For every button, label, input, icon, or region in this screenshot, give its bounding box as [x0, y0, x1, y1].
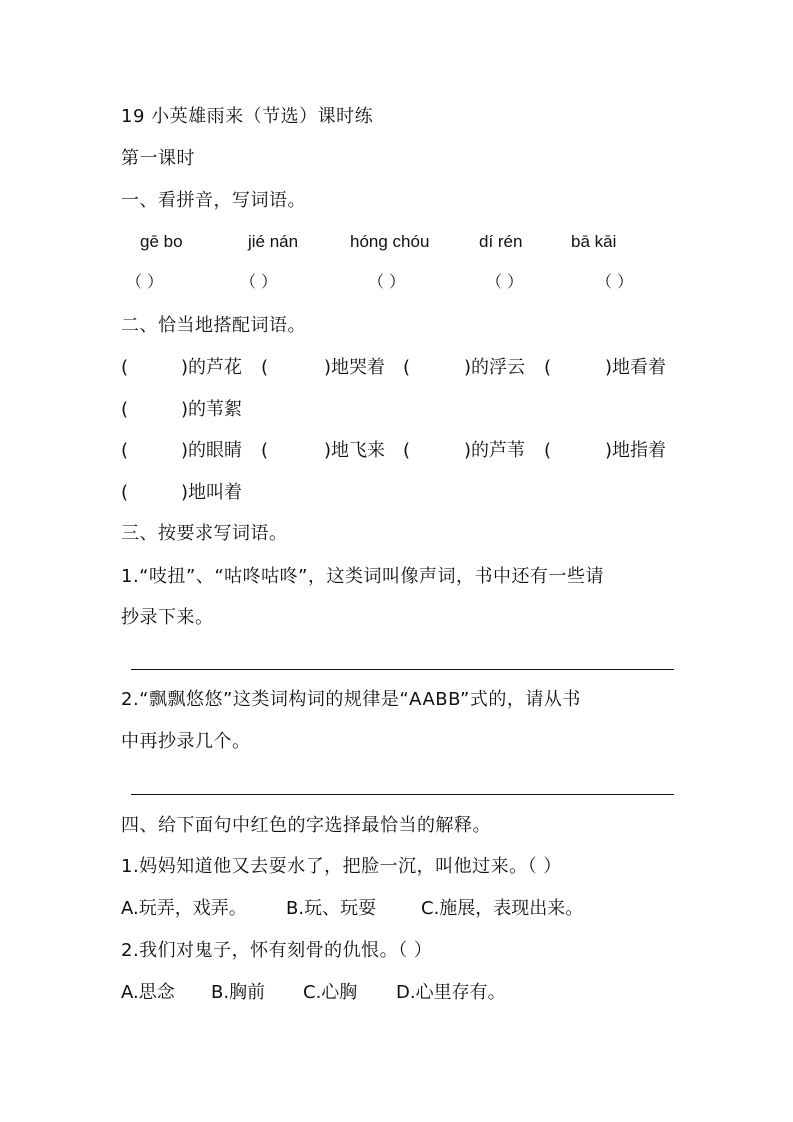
- answer-blank[interactable]: （ ）: [486, 272, 523, 292]
- match-word: )地叫着: [181, 482, 242, 504]
- pinyin-item: gē bo: [140, 232, 183, 252]
- blank-open: (: [261, 357, 268, 379]
- pinyin-item: dí rén: [479, 232, 522, 252]
- match-word: )的浮云: [464, 357, 525, 379]
- pinyin-item: bā kāi: [571, 232, 616, 252]
- match-word: )地飞来: [324, 440, 385, 462]
- section2-heading: 二、恰当地搭配词语。: [121, 315, 306, 337]
- worksheet-title: 19 小英雄雨来（节选）课时练: [121, 106, 373, 128]
- option-a[interactable]: A.玩弄，戏弄。: [121, 898, 247, 920]
- section3-heading: 三、按要求写词语。: [121, 523, 288, 545]
- match-word: )的苇絮: [181, 399, 242, 421]
- option-b[interactable]: B.胸前: [211, 982, 265, 1004]
- option-c[interactable]: C.心胸: [303, 982, 357, 1004]
- blank-open: (: [121, 357, 128, 379]
- match-word: )的芦花: [181, 357, 242, 379]
- blank-open: (: [261, 440, 268, 462]
- question-text: 1.“吱扭”、“咕咚咕咚”，这类词叫像声词，书中还有一些请: [121, 566, 604, 588]
- blank-open: (: [544, 440, 551, 462]
- blank-open: (: [544, 357, 551, 379]
- match-word: )地看着: [605, 357, 666, 379]
- answer-line[interactable]: [131, 794, 674, 795]
- match-word: )地哭着: [324, 357, 385, 379]
- match-word: )的芦苇: [464, 440, 525, 462]
- question-text: 1.妈妈知道他又去耍水了，把脸一沉，叫他过来。（ ）: [121, 856, 562, 878]
- option-a[interactable]: A.思念: [121, 982, 175, 1004]
- blank-open: (: [121, 399, 128, 421]
- lesson-label: 第一课时: [121, 148, 195, 170]
- answer-line[interactable]: [131, 669, 674, 670]
- blank-open: (: [121, 482, 128, 504]
- answer-blank[interactable]: （ ）: [240, 272, 277, 292]
- match-word: )的眼睛: [181, 440, 242, 462]
- answer-blank[interactable]: （ ）: [126, 272, 163, 292]
- option-b[interactable]: B.玩、玩耍: [286, 898, 376, 920]
- question-text: 抄录下来。: [121, 607, 214, 629]
- pinyin-item: jié nán: [248, 232, 298, 252]
- question-text: 2.我们对鬼子，怀有刻骨的仇恨。（ ）: [121, 940, 432, 962]
- blank-open: (: [403, 440, 410, 462]
- section4-heading: 四、给下面句中红色的字选择最恰当的解释。: [121, 815, 491, 837]
- question-text: 2.“飘飘悠悠”这类词构词的规律是“AABB”式的，请从书: [121, 689, 581, 711]
- blank-open: (: [403, 357, 410, 379]
- option-d[interactable]: D.心里存有。: [396, 982, 506, 1004]
- match-word: )地指着: [605, 440, 666, 462]
- section1-heading: 一、看拼音，写词语。: [121, 190, 306, 212]
- pinyin-item: hónɡ chóu: [350, 232, 429, 252]
- blank-open: (: [121, 440, 128, 462]
- answer-blank[interactable]: （ ）: [596, 272, 633, 292]
- option-c[interactable]: C.施展，表现出来。: [421, 898, 583, 920]
- answer-blank[interactable]: （ ）: [368, 272, 405, 292]
- question-text: 中再抄录几个。: [121, 731, 251, 753]
